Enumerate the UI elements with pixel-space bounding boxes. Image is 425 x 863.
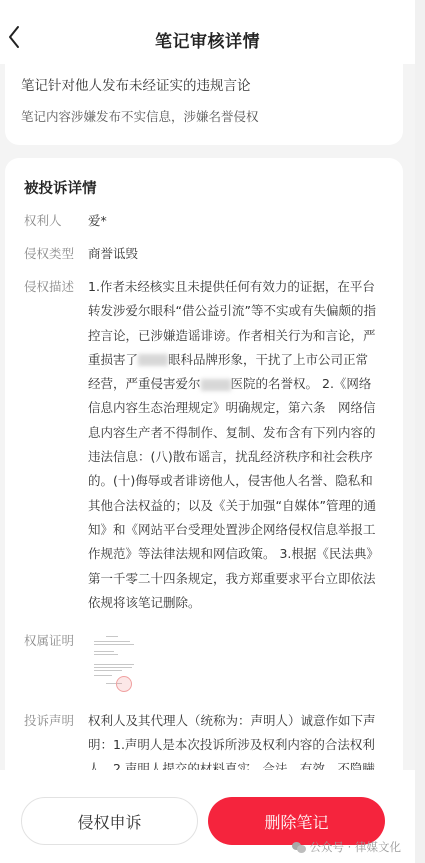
stamp-seal [116, 676, 132, 692]
watermark-text: 公众号 · 律媒文化 [310, 839, 401, 855]
chevron-left-icon [7, 25, 21, 53]
screen: 笔记审核详情 笔记针对他人发布未经证实的违规言论 笔记内容涉嫌发布不实信息，涉嫌… [0, 0, 425, 863]
violation-reason-card: 笔记针对他人发布未经证实的违规言论 笔记内容涉嫌发布不实信息，涉嫌名誉侵权 [5, 60, 403, 145]
field-infringement-description: 侵权描述 1.作者未经核实且未提供任何有效力的证据，在平台转发涉爱尔眼科“借公益… [24, 275, 387, 615]
page-title: 笔记审核详情 [155, 27, 260, 52]
scroll-edge [415, 0, 425, 863]
section-title: 被投诉详情 [24, 178, 387, 200]
field-ownership-proof: 权属证明 [24, 629, 387, 695]
redacted-blur [201, 379, 231, 391]
complaint-detail-card: 被投诉详情 权利人 爱* 侵权类型 商誉诋毁 侵权描述 1.作者未经核实且未提供… [5, 158, 403, 788]
field-right-holder: 权利人 爱* [24, 209, 387, 233]
field-label: 侵权描述 [24, 275, 88, 615]
appeal-button[interactable]: 侵权申诉 [21, 797, 198, 845]
description-part: 医院的名誉权。 2.《网络信息内容生态治理规定》明确规定，第六条 网络信息内容生… [88, 376, 376, 610]
field-value: 商誉诋毁 [88, 242, 387, 266]
bottom-action-bar: 侵权申诉 删除笔记 公众号 · 律媒文化 [0, 770, 415, 863]
nav-header: 笔记审核详情 [0, 0, 415, 64]
field-infringement-type: 侵权类型 商誉诋毁 [24, 242, 387, 266]
field-value [88, 629, 387, 695]
back-button[interactable] [2, 24, 26, 54]
field-label: 权属证明 [24, 629, 88, 695]
violation-subtitle: 笔记内容涉嫌发布不实信息，涉嫌名誉侵权 [21, 108, 403, 126]
delete-note-button[interactable]: 删除笔记 [208, 797, 385, 845]
violation-title: 笔记针对他人发布未经证实的违规言论 [21, 76, 403, 96]
field-value: 1.作者未经核实且未提供任何有效力的证据，在平台转发涉爱尔眼科“借公益引流”等不… [88, 275, 387, 615]
field-value: 爱* [88, 209, 387, 233]
field-label: 侵权类型 [24, 242, 88, 266]
document-thumbnail[interactable] [88, 633, 138, 695]
field-label: 权利人 [24, 209, 88, 233]
wechat-icon [292, 841, 306, 853]
redacted-blur [138, 354, 168, 366]
watermark: 公众号 · 律媒文化 [292, 839, 401, 855]
